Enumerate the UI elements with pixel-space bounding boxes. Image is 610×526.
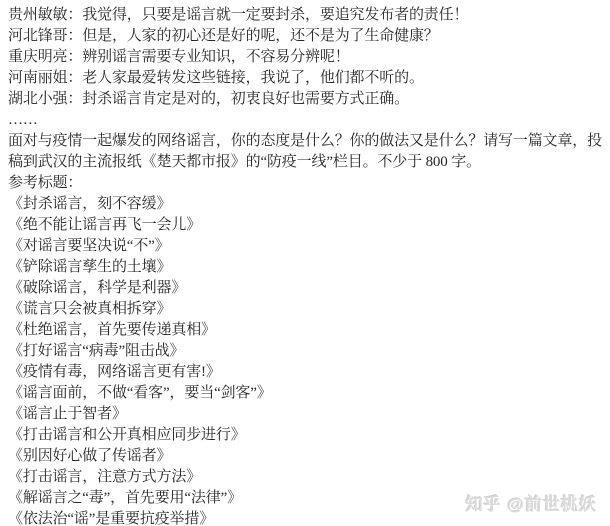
prompt-line-1: 面对与疫情一起爆发的网络谣言，你的态度是什么？你的做法又是什么？请写一篇文章，投 bbox=[8, 131, 608, 152]
title-item: 《疫情有毒，网络谣言更有害!》 bbox=[8, 362, 608, 383]
title-item: 《封杀谣言，刻不容缓》 bbox=[8, 194, 608, 215]
dialogue-line-hebei: 河北锋哥：但是，人家的初心还是好的呢，还不是为了生命健康？ bbox=[8, 26, 608, 47]
title-item: 《打击谣言和公开真相应同步进行》 bbox=[8, 425, 608, 446]
title-item: 《谣言面前，不做“看客”，要当“剑客”》 bbox=[8, 383, 608, 404]
title-item: 《破除谣言，科学是利器》 bbox=[8, 278, 608, 299]
title-item: 《铲除谣言孳生的土壤》 bbox=[8, 257, 608, 278]
zhihu-watermark: 知乎 @前世桃妖 bbox=[466, 490, 597, 515]
dialogue-line-henan: 河南丽姐：老人家最爱转发这些链接，我说了，他们都不听的。 bbox=[8, 68, 608, 89]
title-item: 《对谣言要坚决说“不”》 bbox=[8, 236, 608, 257]
prompt-line-2: 稿到武汉的主流报纸《楚天都市报》的“防疫一线”栏目。不少于 800 字。 bbox=[8, 152, 608, 173]
dialogue-line-guizhou: 贵州敏敏：我觉得，只要是谣言就一定要封杀，要追究发布者的责任！ bbox=[8, 5, 608, 26]
reference-titles-label: 参考标题： bbox=[8, 173, 608, 194]
title-item: 《别因好心做了传谣者》 bbox=[8, 446, 608, 467]
title-item: 《打击谣言，注意方式方法》 bbox=[8, 467, 608, 488]
title-item: 《谣言止于智者》 bbox=[8, 404, 608, 425]
ellipsis-line: …… bbox=[8, 110, 608, 131]
title-item: 《打好谣言“病毒”阻击战》 bbox=[8, 341, 608, 362]
title-item: 《谎言只会被真相拆穿》 bbox=[8, 299, 608, 320]
dialogue-line-chongqing: 重庆明亮：辨别谣言需要专业知识，不容易分辨呢！ bbox=[8, 47, 608, 68]
title-item: 《绝不能让谣言再飞一会儿》 bbox=[8, 215, 608, 236]
title-item: 《杜绝谣言，首先要传递真相》 bbox=[8, 320, 608, 341]
document-body: 贵州敏敏：我觉得，只要是谣言就一定要封杀，要追究发布者的责任！ 河北锋哥：但是，… bbox=[8, 5, 608, 526]
dialogue-line-hubei: 湖北小强：封杀谣言肯定是对的，初衷良好也需要方式正确。 bbox=[8, 89, 608, 110]
